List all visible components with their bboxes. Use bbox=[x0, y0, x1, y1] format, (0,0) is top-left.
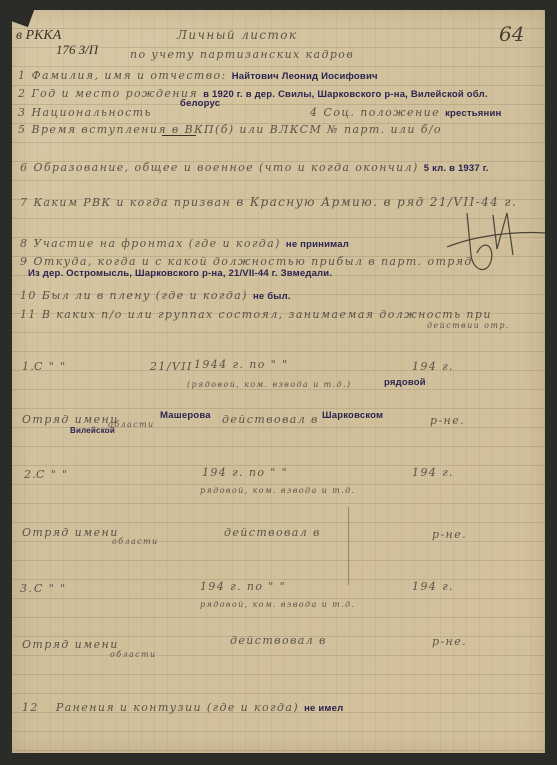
field-label: Был ли в плену (где и когда) bbox=[42, 289, 248, 302]
field-units: 11 В каких п/о или группах состоял, зани… bbox=[20, 303, 492, 322]
entry-unit-label: Отряд имени bbox=[22, 413, 119, 426]
field-captivity: 10 Был ли в плену (где и когда) не был. bbox=[20, 284, 291, 303]
entry-from-label: С " " bbox=[36, 468, 69, 481]
entry-unit-label: Отряд имени bbox=[22, 638, 119, 651]
field-wounds: 12 Ранения и контузии (где и когда) не и… bbox=[22, 696, 343, 715]
field-number: 1 bbox=[18, 69, 26, 82]
corner-note-unit: 176 З/П bbox=[56, 42, 98, 58]
field-value: не принимал bbox=[286, 239, 349, 250]
entry-unit-label: Отряд имени bbox=[22, 526, 119, 539]
entry-from-date: 21/VII bbox=[150, 360, 193, 373]
field-birth: 2 Год и место рождения в 1920 г. в дер. … bbox=[18, 82, 488, 101]
entry-year-from: 1944 г. по " " bbox=[194, 358, 288, 371]
field-label: Фамилия, имя и отчество: bbox=[32, 69, 227, 82]
ruled-line bbox=[348, 507, 349, 585]
field-number: 2 bbox=[18, 87, 26, 100]
field-number: 9 bbox=[20, 255, 28, 268]
field-value: парт. или б/о bbox=[344, 123, 442, 136]
entry-year-from: 194 г. по " " bbox=[202, 466, 288, 479]
field-number: 7 bbox=[20, 196, 28, 209]
entry-rank-hint: (рядовой, ком. взвода и т.д.) bbox=[187, 380, 351, 389]
entry-from-label: С " " bbox=[34, 582, 67, 595]
field-label: Ранения и контузии (где и когда) bbox=[56, 701, 299, 714]
entry-district-value: Шарковском bbox=[322, 410, 383, 421]
entry-acted-label: действовал в bbox=[230, 634, 327, 647]
divider bbox=[162, 135, 196, 136]
entry-acted-label: действовал в bbox=[224, 526, 321, 539]
page-number: 64 bbox=[499, 22, 524, 46]
field-number: 6 bbox=[20, 161, 28, 174]
entry-district-suffix: р-не. bbox=[432, 528, 467, 541]
field-front-participation: 8 Участие на фронтах (где и когда) не пр… bbox=[20, 232, 349, 251]
entry-unit-value: Машерова bbox=[160, 410, 211, 421]
entry-year-from: 194 г. по " " bbox=[200, 580, 286, 593]
field-label: Год и место рождения bbox=[32, 87, 199, 100]
field-name: 1 Фамилия, имя и отчество: Найтович Леон… bbox=[18, 64, 378, 83]
field-label: Откуда, когда и с какой должностью прибы… bbox=[34, 255, 473, 268]
field-number: 11 bbox=[20, 308, 37, 321]
entry-region-label: области bbox=[110, 650, 157, 659]
field-value: 5 кл. в 1937 г. bbox=[424, 163, 489, 174]
entry-rank-value: рядовой bbox=[384, 377, 426, 388]
field-number: 8 bbox=[20, 237, 28, 250]
signature-icon bbox=[437, 205, 547, 285]
entry-year-to: 194 г. bbox=[412, 580, 454, 593]
field-value: не имел bbox=[304, 703, 343, 714]
field-number: 10 bbox=[20, 289, 37, 302]
entry-rank-hint: рядовой, ком. взвода и т.д. bbox=[200, 600, 355, 609]
corner-note-rkka: в РККА bbox=[16, 28, 61, 44]
entry-district-suffix: р-не. bbox=[432, 635, 467, 648]
entry-year-to: 194 г. bbox=[412, 466, 454, 479]
entry-rank-hint: рядовой, ком. взвода и т.д. bbox=[200, 486, 355, 495]
field-number: 5 bbox=[18, 123, 26, 136]
field-arrival-value: Из дер. Остромысль, Шарковского р-на, 21… bbox=[28, 268, 332, 279]
entry-from-label: С " " bbox=[34, 360, 67, 373]
entry-district-suffix: р-не. bbox=[430, 414, 465, 427]
field-education: 6 Образование, общее и военное (что и ко… bbox=[20, 156, 489, 175]
document-page: в РККА 176 З/П Личный листок 64 по учету… bbox=[12, 10, 545, 753]
entry-number: 3. bbox=[20, 582, 33, 595]
field-nationality-value: белорус bbox=[180, 98, 220, 109]
entry-region-label: области bbox=[112, 537, 159, 546]
field-label: Участие на фронтах (где и когда) bbox=[34, 237, 281, 250]
field-arrival: 9 Откуда, когда и с какой должностью при… bbox=[20, 250, 473, 269]
entry-acted-label: действовал в bbox=[222, 413, 319, 426]
field-label: В каких п/о или группах состоял, занимае… bbox=[42, 308, 492, 321]
entry-year-to: 194 г. bbox=[412, 360, 454, 373]
field-party: 5 Время вступления в ВКП(б) или ВЛКСМ № … bbox=[18, 118, 442, 137]
field-label: Каким РВК и когда призван bbox=[34, 196, 232, 209]
field-value: Найтович Леонид Иосифович bbox=[232, 71, 378, 82]
field-value: не был. bbox=[253, 291, 291, 302]
field-units-cont: действии отр. bbox=[427, 321, 510, 330]
field-label: Образование, общее и военное (что и когд… bbox=[34, 161, 419, 174]
document-title: Личный листок bbox=[177, 28, 298, 42]
field-value: в 1920 г. в дер. Свилы, Шарковского р-на… bbox=[203, 89, 488, 100]
document-subtitle: по учету партизанских кадров bbox=[130, 48, 354, 61]
field-number: 12 bbox=[22, 701, 39, 714]
field-value: крестьянин bbox=[445, 108, 501, 119]
entry-region-label: области bbox=[108, 420, 155, 429]
